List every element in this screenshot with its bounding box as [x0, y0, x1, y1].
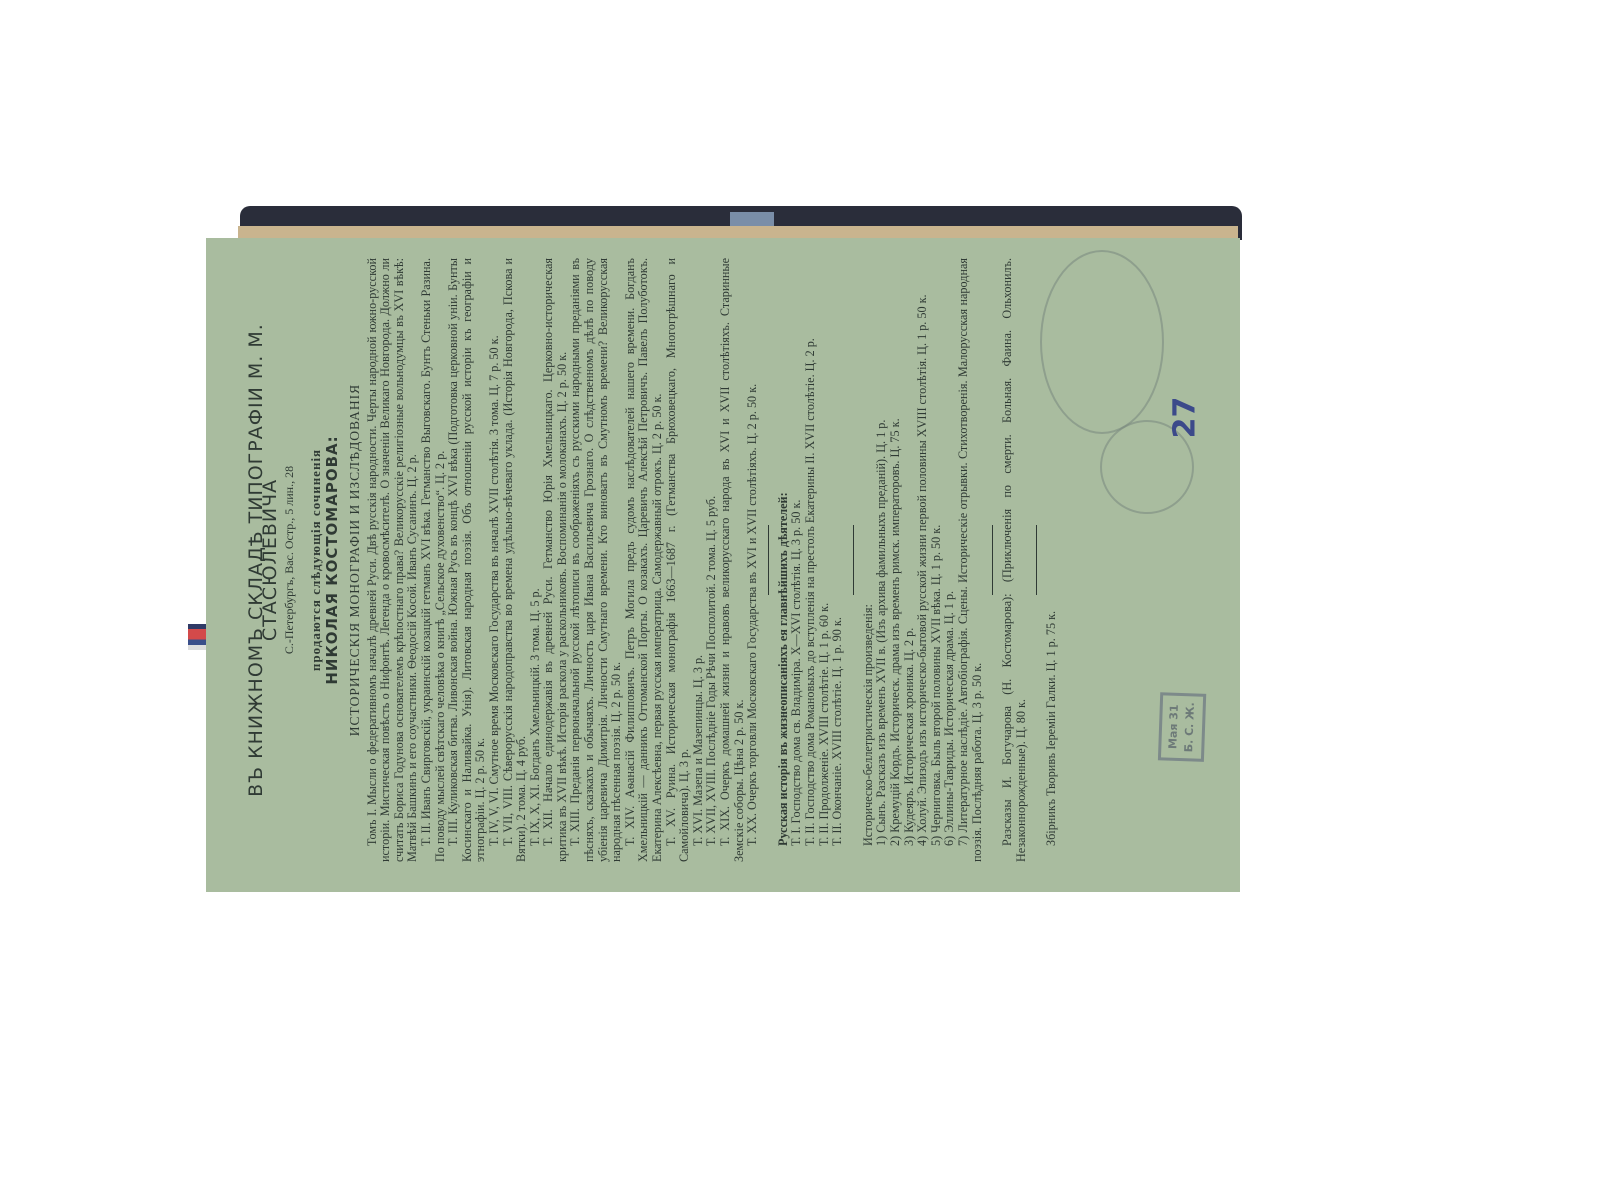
bogucharov-stories: Разсказы И. Богучарова (Н. Костомарова):… — [1001, 258, 1028, 862]
volume-entry: Томъ I. Мысли о федеративномъ началѣ дре… — [366, 258, 420, 862]
volume-entry: Т. VII, VIII. Сѣверорусскія народоправст… — [502, 258, 529, 862]
fiction-entry: 1) Сынъ. Разсказъ изъ временъ XVII в. (И… — [875, 258, 889, 862]
volume-entry: Т. IX, X, XI. Богданъ Хмельницкій. 3 том… — [529, 258, 543, 862]
volume-entry: Т. XIX. Очеркъ домашней жизни и нравовъ … — [719, 258, 746, 862]
fiction-entry: 3) Кудеяръ. Историческая хроника. Ц. 2 р… — [903, 258, 917, 862]
publisher-address: С.-Петербургъ, Вас. Остр., 5 лин., 28 — [283, 258, 297, 862]
divider — [768, 525, 769, 595]
rotated-text-area: ВЪ КНИЖНОМЪ СКЛАДѢ ТИПОГРАФІИ М. М. СТАС… — [206, 238, 1240, 892]
section-title-monographs: ИСТОРИЧЕСКІЯ МОНОГРАФІИ И ИЗСЛѢДОВАНІЯ — [348, 258, 362, 862]
stamp-line-2: Б. С. Ж. — [1181, 702, 1199, 753]
biography-volume-entry: Т. I. Господство дома св. Владиміра. X—X… — [790, 258, 804, 862]
volume-entry: Т. IV, V, VI. Смутное время Московскаго … — [488, 258, 502, 862]
volume-entry: Т. XVI. Мазепа и Мазепинцы. Ц. 3 р. — [692, 258, 706, 862]
divider — [853, 525, 854, 595]
fiction-entry: 7) Литературное наслѣдіе. Автобіографія.… — [957, 258, 984, 862]
biography-volume-entry: Т. II. Продолженіе. XVIII столѣтіе. Ц. 1… — [818, 258, 832, 862]
biography-volume-entry: Т. II. Окончаніе. XVIII столѣтіе. Ц. 1 р… — [831, 258, 845, 862]
biography-volume-entry: Т. II. Господство дома Романовыхъ до вст… — [804, 258, 818, 862]
volume-entry: Т. XX. Очеркъ торговли Московскаго Госуд… — [746, 258, 760, 862]
section-title-fiction: Историческо-беллетристическія произведен… — [862, 258, 876, 862]
divider — [992, 525, 993, 595]
handwritten-number: 27 — [1167, 397, 1202, 439]
publisher-header: ВЪ КНИЖНОМЪ СКЛАДѢ ТИПОГРАФІИ М. М. СТАС… — [250, 258, 277, 862]
fiction-entry: 5) Черниговка. Быль второй половины XVII… — [930, 258, 944, 862]
volume-entry: Т. III. Куликовская битва. Ливонская вой… — [447, 258, 488, 862]
biographies-list: Т. I. Господство дома св. Владиміра. X—X… — [790, 258, 844, 862]
volume-entry: Т. XV. Руина. Историческая монографія 16… — [665, 258, 692, 862]
monographs-list: Томъ I. Мысли о федеративномъ началѣ дре… — [366, 258, 760, 862]
page-text: ВЪ КНИЖНОМЪ СКЛАДѢ ТИПОГРАФІИ М. М. СТАС… — [206, 238, 1240, 892]
stamp-line-1: Мая 31 — [1165, 701, 1183, 752]
section-title-biographies: Русская исторія въ жизнеописаніяхъ ея гл… — [777, 258, 791, 862]
subheader: продаются слѣдующія сочиненія — [309, 258, 323, 862]
fiction-entry: 4) Холуй. Эпизодъ изъ историческо-бытово… — [916, 258, 930, 862]
author-name: НИКОЛАЯ КОСТОМАРОВА: — [326, 258, 340, 862]
volume-entry: Т. XVII, XVIII. Послѣдніе Годы Рѣчи Посп… — [705, 258, 719, 862]
volume-entry: Т. II. Иванъ Свирговскій, украинскій коз… — [420, 258, 447, 862]
divider — [1036, 525, 1037, 595]
bookmark-ribbon — [188, 624, 206, 650]
fiction-list: 1) Сынъ. Разсказъ изъ временъ XVII в. (И… — [875, 258, 984, 862]
volume-entry: Т. XIV. Аѳанасій Филипповичъ. Петръ Моги… — [624, 258, 665, 862]
fiction-entry: 2) Кремуцій Кордъ. Историческ. драма изъ… — [889, 258, 903, 862]
volume-entry: Т. XII. Начало единодержавія въ древней … — [542, 258, 569, 862]
fiction-entry: 6) Эллины-Тавриды. Историческая драма. Ц… — [943, 258, 957, 862]
halka-collection: Збірникъ Творивъ Іереміи Галки. Ц. 1 р. … — [1045, 258, 1059, 862]
library-stamp: Мая 31 Б. С. Ж. — [1158, 692, 1206, 762]
volume-entry: Т. XIII. Преданія первоначальной русской… — [569, 258, 623, 862]
